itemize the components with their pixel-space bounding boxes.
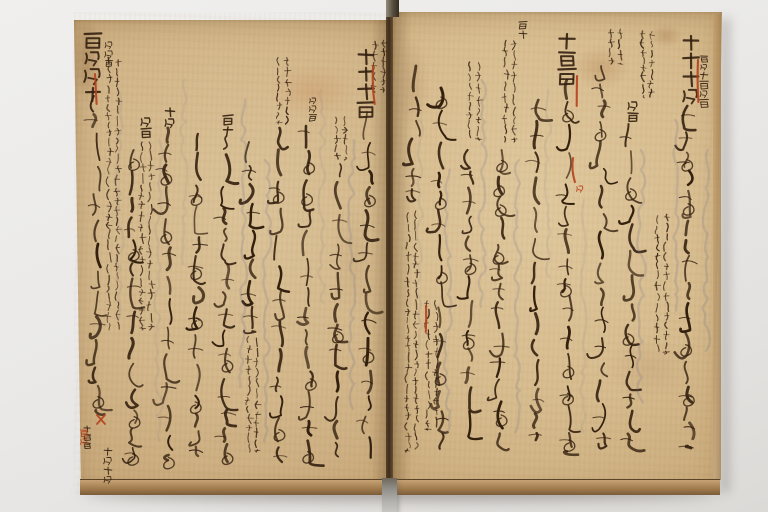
section-header-calligraphy <box>558 34 576 84</box>
interlinear-annotation-column <box>608 29 623 64</box>
calligraphy-text-column <box>587 66 617 449</box>
calligraphy-text-column <box>84 96 112 415</box>
show-through-column <box>417 120 423 350</box>
calligraphy-text-column <box>354 112 383 458</box>
show-through-column <box>348 140 355 409</box>
interlinear-annotation-column <box>404 211 420 452</box>
red-annotation-mark <box>572 158 575 182</box>
annotation-label-calligraphy <box>700 56 709 107</box>
show-through-column <box>154 140 163 441</box>
show-through-column <box>318 90 325 303</box>
calligraphy-text-column <box>458 150 482 439</box>
calligraphy-text-column <box>325 164 351 457</box>
show-through-column <box>545 90 551 277</box>
red-annotation-mark <box>373 66 375 104</box>
calligraphy-text-column <box>556 80 580 455</box>
interlinear-annotation-column <box>245 337 261 452</box>
calligraphy-text-column <box>212 136 238 464</box>
red-annotation-mark <box>97 415 105 424</box>
annotation-label-calligraphy <box>104 448 112 483</box>
show-through-column <box>240 100 247 387</box>
calligraphy-text-column <box>526 100 552 440</box>
annotation-label-calligraphy <box>309 98 316 121</box>
show-through-column <box>479 80 487 307</box>
annotation-label-calligraphy <box>223 115 233 136</box>
interlinear-annotation-column <box>640 31 655 98</box>
calligraphy-text-column <box>153 128 179 469</box>
annotation-label-calligraphy <box>519 22 527 39</box>
interlinear-annotation-column <box>654 214 670 354</box>
show-through-column <box>444 170 452 433</box>
interlinear-annotation-column <box>467 62 483 140</box>
annotation-label-calligraphy <box>165 108 174 128</box>
red-annotation-mark <box>698 60 699 102</box>
annotation-label-calligraphy <box>628 102 638 121</box>
section-header-calligraphy <box>683 36 699 104</box>
bottom-binding-clasp <box>382 478 397 512</box>
section-header-calligraphy <box>84 33 101 101</box>
calligraphy-text-column <box>488 150 515 450</box>
calligraphy-text-column <box>187 134 208 456</box>
interlinear-annotation-column <box>502 40 517 142</box>
calligraphy-text-column <box>427 88 456 449</box>
interlinear-annotation-column <box>334 117 348 160</box>
annotation-label-calligraphy <box>141 118 151 138</box>
show-through-column <box>703 150 710 351</box>
show-through-column <box>180 80 187 264</box>
top-binding-clasp <box>386 0 399 17</box>
interlinear-annotation-column <box>138 142 155 330</box>
calligraphy-layer <box>0 0 768 512</box>
show-through-column <box>580 200 587 432</box>
calligraphy-text-column <box>268 128 289 462</box>
calligraphy-text-column <box>298 126 324 466</box>
calligraphy-text-column <box>675 106 698 448</box>
show-through-column <box>514 160 521 432</box>
photo-background: 百九段 百十段 百十一段 百十二段 有常ガ 玉傳 陰陽家招魂祭 業 蛍 有常ノ妻… <box>0 0 768 512</box>
red-annotation-mark <box>577 186 583 192</box>
interlinear-annotation-column <box>276 57 291 124</box>
